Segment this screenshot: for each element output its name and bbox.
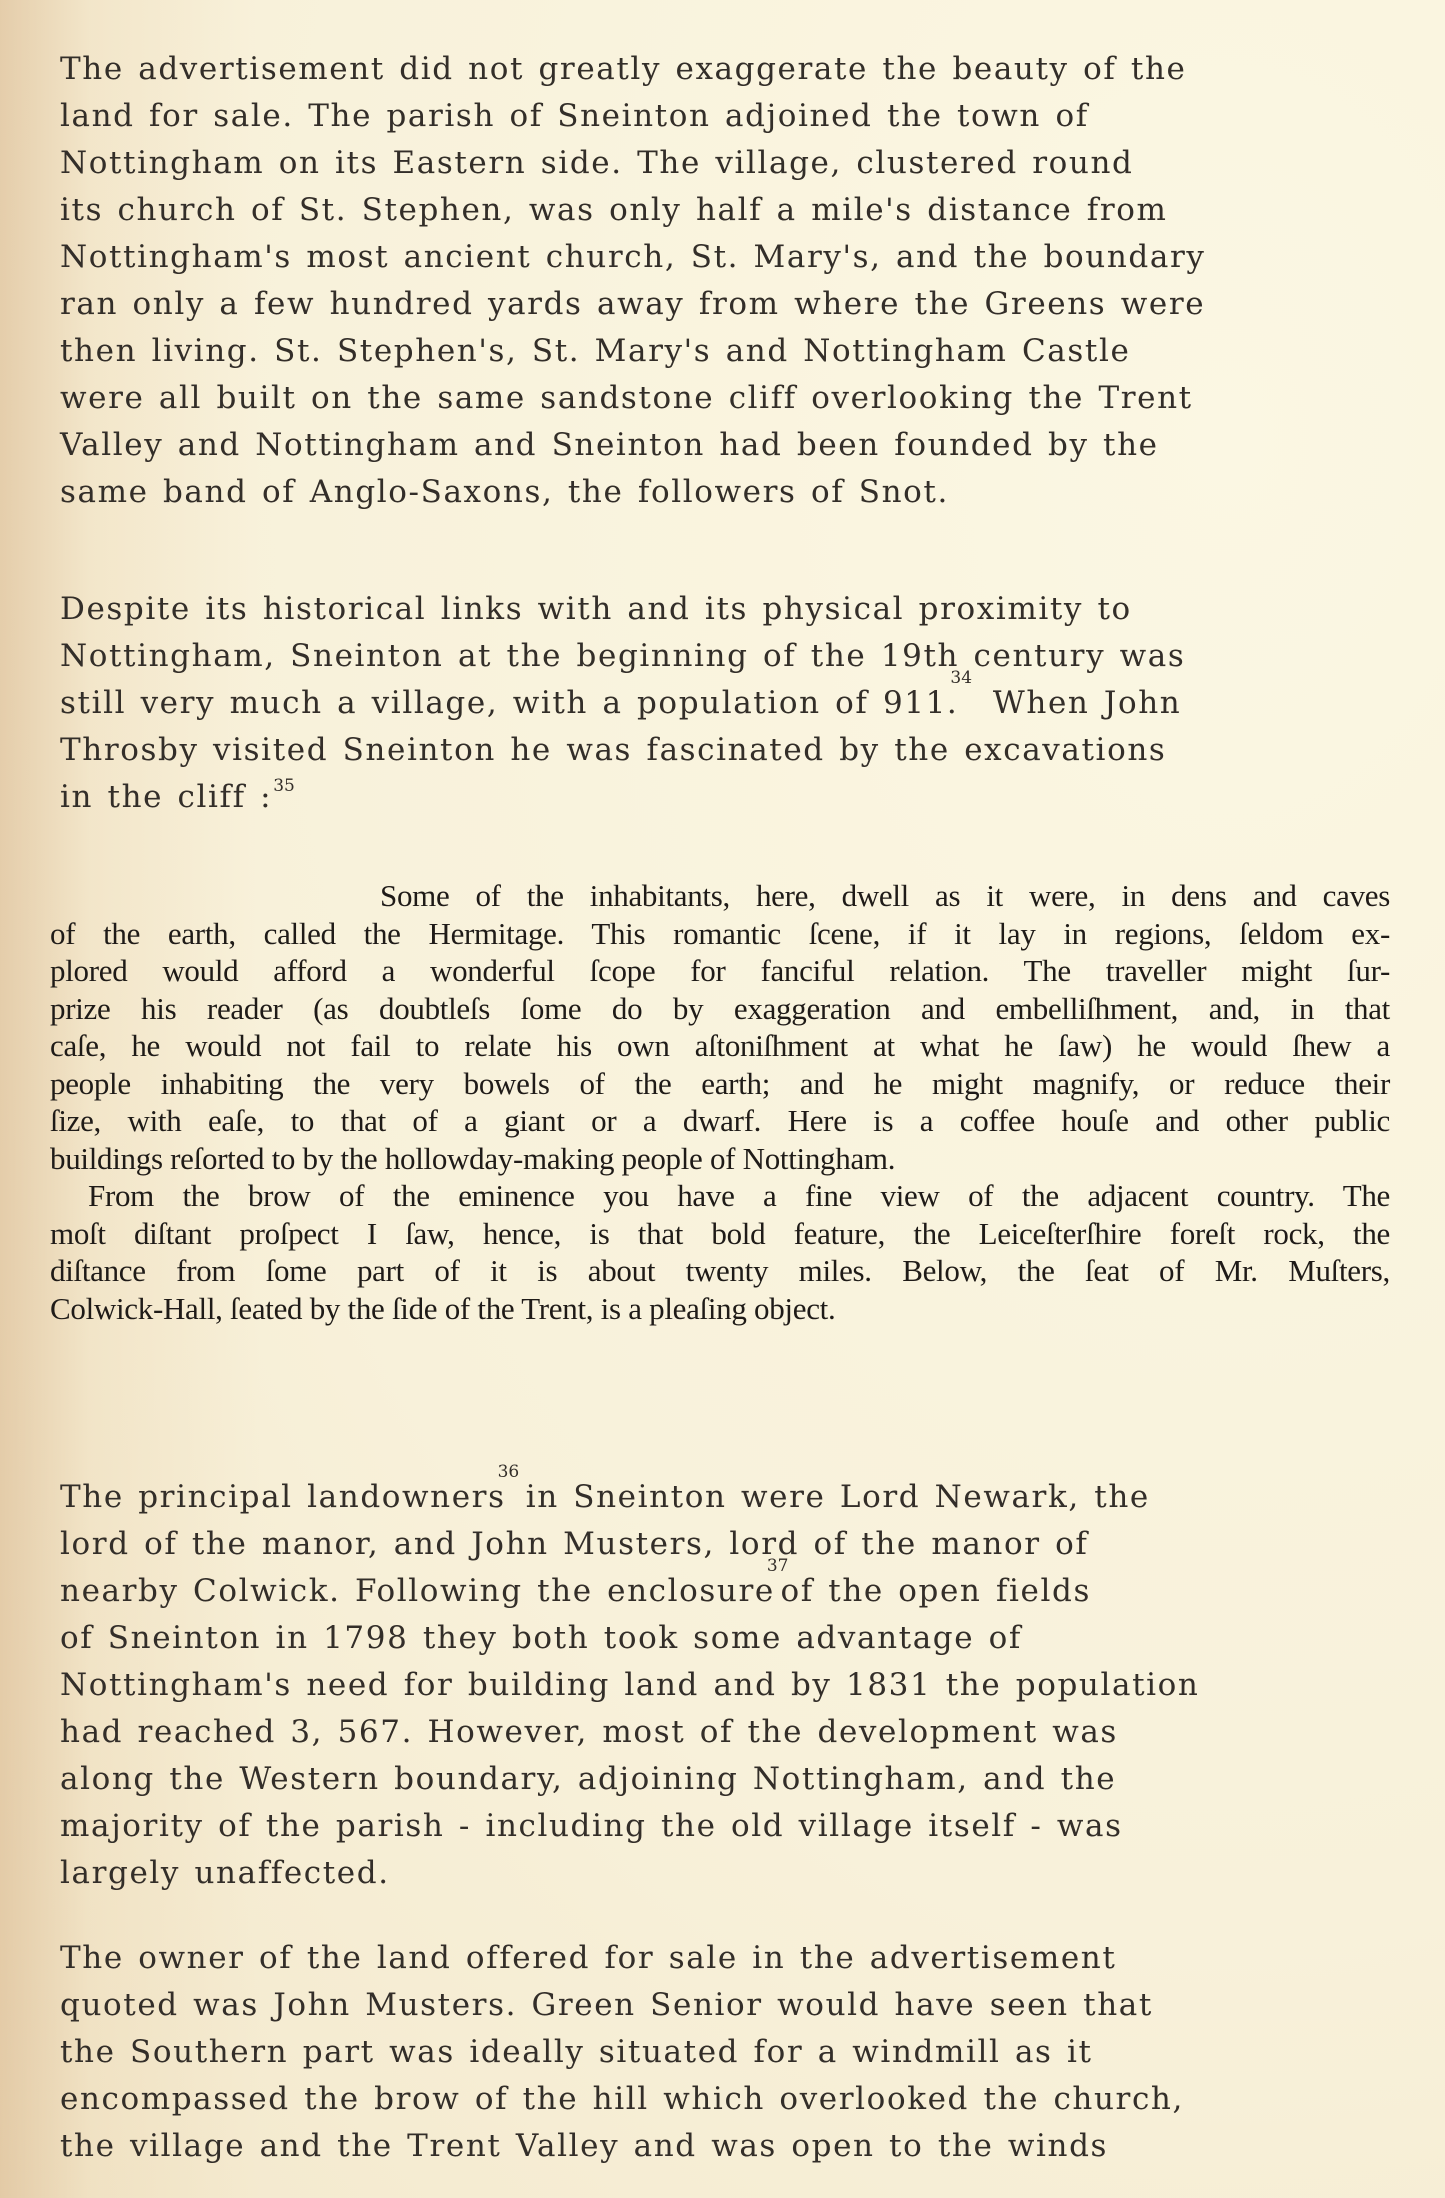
text-line: had reached 3, 567. However, most of the… [60,1709,1410,1756]
quote-line: diſtance from ſome part of it is about t… [50,1252,1390,1290]
text-line: the Southern part was ideally situated f… [60,2029,1410,2076]
paragraph-advertisement: The advertisement did not greatly exagge… [60,46,1410,516]
text-segment: When John [964,685,1181,721]
text-line: The advertisement did not greatly exagge… [60,46,1410,93]
quote-line: prize his reader (as doubtleſs ſome do b… [50,990,1390,1028]
text-line: majority of the parish - including the o… [60,1803,1410,1850]
quote-line: buildings reſorted to by the hollowday-m… [50,1140,1390,1178]
quote-line: moſt diſtant proſpect I ſaw, hence, is t… [50,1215,1390,1253]
text-line: of Sneinton in 1798 they both took some … [60,1615,1410,1662]
paragraph-land-owner: The owner of the land offered for sale i… [60,1935,1410,2170]
text-line: Valley and Nottingham and Sneinton had b… [60,422,1410,469]
text-line: nearby Colwick. Following the enclosure3… [60,1568,1410,1615]
text-segment: still very much a village, with a popula… [60,685,958,721]
text-line: along the Western boundary, adjoining No… [60,1756,1410,1803]
text-line: Throsby visited Sneinton he was fascinat… [60,727,1410,774]
text-line: its church of St. Stephen, was only half… [60,187,1410,234]
quote-line: Colwick-Hall, ſeated by the ſide of the … [50,1290,1390,1328]
text-line: The principal landowners36 in Sneinton w… [60,1474,1410,1521]
text-line: encompassed the brow of the hill which o… [60,2076,1410,2123]
text-line: Nottingham's most ancient church, St. Ma… [60,234,1410,281]
footnote-marker-37[interactable]: 37 [767,1556,789,1576]
footnote-marker-35[interactable]: 35 [273,776,295,796]
text-line: Nottingham, Sneinton at the beginning of… [60,633,1410,680]
text-segment: The principal landowners [60,1479,506,1515]
block-quotation-throsby: Some of the inhabitants, here, dwell as … [50,877,1390,1327]
book-page: The advertisement did not greatly exagge… [0,0,1445,2198]
text-line: lord of the manor, and John Musters, lor… [60,1521,1410,1568]
quote-line: plored would afford a wonderful ſcope fo… [50,952,1390,990]
text-line: still very much a village, with a popula… [60,680,1410,727]
paragraph-historical-links: Despite its historical links with and it… [60,586,1410,821]
text-line: same band of Anglo-Saxons, the followers… [60,469,1410,516]
paragraph-landowners: The principal landowners36 in Sneinton w… [60,1474,1410,1897]
quote-line: of the earth, called the Hermitage. This… [50,915,1390,953]
text-line: Nottingham on its Eastern side. The vill… [60,140,1410,187]
quote-line: From the brow of the eminence you have a… [50,1177,1390,1215]
text-line: largely unaffected. [60,1850,1410,1897]
text-line: Despite its historical links with and it… [60,586,1410,633]
text-segment: nearby Colwick. Following the enclosure [60,1573,775,1609]
footnote-marker-34[interactable]: 34 [950,668,972,688]
quote-line: ſize, with eaſe, to that of a giant or a… [50,1102,1390,1140]
text-segment: in the cliff : [60,779,272,815]
footnote-marker-36[interactable]: 36 [498,1462,520,1482]
quote-line: people inhabiting the very bowels of the… [50,1065,1390,1103]
text-line: were all built on the same sandstone cli… [60,375,1410,422]
text-line: quoted was John Musters. Green Senior wo… [60,1982,1410,2029]
text-line: Nottingham's need for building land and … [60,1662,1410,1709]
text-line: land for sale. The parish of Sneinton ad… [60,93,1410,140]
text-line: The owner of the land offered for sale i… [60,1935,1410,1982]
text-line: ran only a few hundred yards away from w… [60,281,1410,328]
text-line: then living. St. Stephen's, St. Mary's a… [60,328,1410,375]
text-line: in the cliff :35 [60,774,1410,821]
text-segment: of the open fields [780,1573,1091,1609]
quote-line: caſe, he would not fail to relate his ow… [50,1027,1390,1065]
text-line: the village and the Trent Valley and was… [60,2123,1410,2170]
text-segment: in Sneinton were Lord Newark, the [511,1479,1150,1515]
quote-line: Some of the inhabitants, here, dwell as … [50,877,1390,915]
